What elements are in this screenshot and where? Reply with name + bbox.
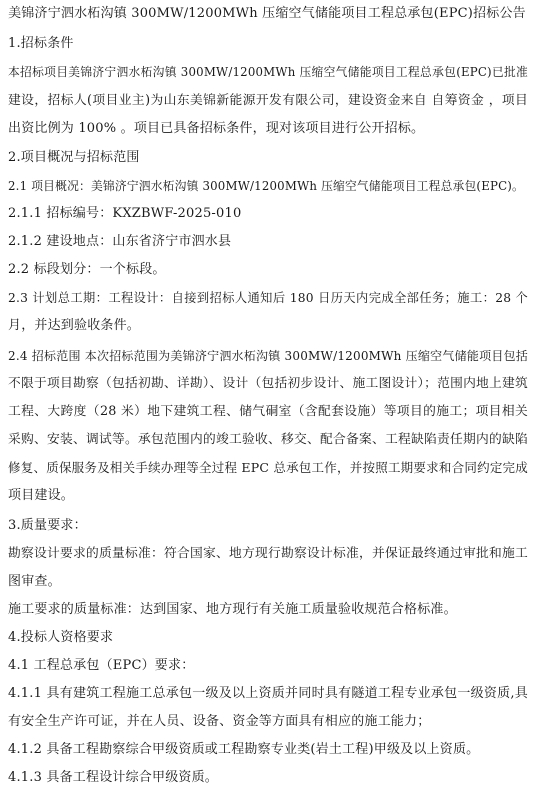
document-line: 4.1 工程总承包（EPC）要求： <box>8 658 528 674</box>
document-title: 美锦济宁泗水柘沟镇 300MW/1200MWh 压缩空气储能项目工程总承包(EP… <box>0 6 534 22</box>
document-line: 建设，招标人(项目业主)为山东美锦新能源开发有限公司，建设资金来自 自筹资金 ，… <box>8 93 528 109</box>
document-line: 3.质量要求： <box>8 518 528 534</box>
document-line: 2.3 计划总工期：工程设计：自接到招标人通知后 180 日历天内完成全部任务；… <box>8 290 528 306</box>
document-line: 勘察设计要求的质量标准：符合国家、地方现行勘察设计标准，并保证最终通过审批和施工 <box>8 546 528 562</box>
document-line: 采购、安装、调试等。承包范围内的竣工验收、移交、配合备案、工程缺陷责任期内的缺陷 <box>8 432 528 448</box>
document-line: 4.1.1 具有建筑工程施工总承包一级及以上资质并同时具有隧道工程专业承包一级资… <box>8 686 528 702</box>
document-line: 有安全生产许可证，并在人员、设备、资金等方面具有相应的施工能力； <box>8 714 528 730</box>
document-line: 2.1 项目概况：美锦济宁泗水柘沟镇 300MW/1200MWh 压缩空气储能项… <box>8 178 528 194</box>
document-line: 施工要求的质量标准：达到国家、地方现行有关施工质量验收规范合格标准。 <box>8 602 528 618</box>
document-line: 2.2 标段划分：一个标段。 <box>8 262 528 278</box>
document-line: 2.项目概况与招标范围 <box>8 150 528 166</box>
document-line: 4.1.2 具备工程勘察综合甲级资质或工程勘察专业类(岩土工程)甲级及以上资质。 <box>8 742 528 758</box>
document-line: 本招标项目美锦济宁泗水柘沟镇 300MW/1200MWh 压缩空气储能项目工程总… <box>8 64 528 80</box>
document-line: 项目建设。 <box>8 488 528 504</box>
document-line: 4.投标人资格要求 <box>8 630 528 646</box>
document-line: 2.4 招标范围 本次招标范围为美锦济宁泗水柘沟镇 300MW/1200MWh … <box>8 348 528 364</box>
document-line: 4.1.3 具备工程设计综合甲级资质。 <box>8 770 528 786</box>
document-line: 出资比例为 100% 。项目已具备招标条件，现对该项目进行公开招标。 <box>8 121 528 137</box>
document-line: 工程、大跨度（28 米）地下建筑工程、储气硐室（含配套设施）等项目的施工；项目相… <box>8 404 528 420</box>
document-page: 美锦济宁泗水柘沟镇 300MW/1200MWh 压缩空气储能项目工程总承包(EP… <box>0 0 534 805</box>
document-line: 不限于项目勘察（包括初勘、详勘）、设计（包括初步设计、施工图设计）；范围内地上建… <box>8 376 528 392</box>
document-line: 图审查。 <box>8 574 528 590</box>
document-line: 2.1.2 建设地点：山东省济宁市泗水县 <box>8 234 528 250</box>
document-line: 修复、质保服务及相关手续办理等全过程 EPC 总承包工作，并按照工期要求和合同约… <box>8 460 528 476</box>
document-line: 2.1.1 招标编号：KXZBWF-2025-010 <box>8 206 528 222</box>
document-line: 1.招标条件 <box>8 36 528 52</box>
document-line: 月，并达到验收条件。 <box>8 318 528 334</box>
